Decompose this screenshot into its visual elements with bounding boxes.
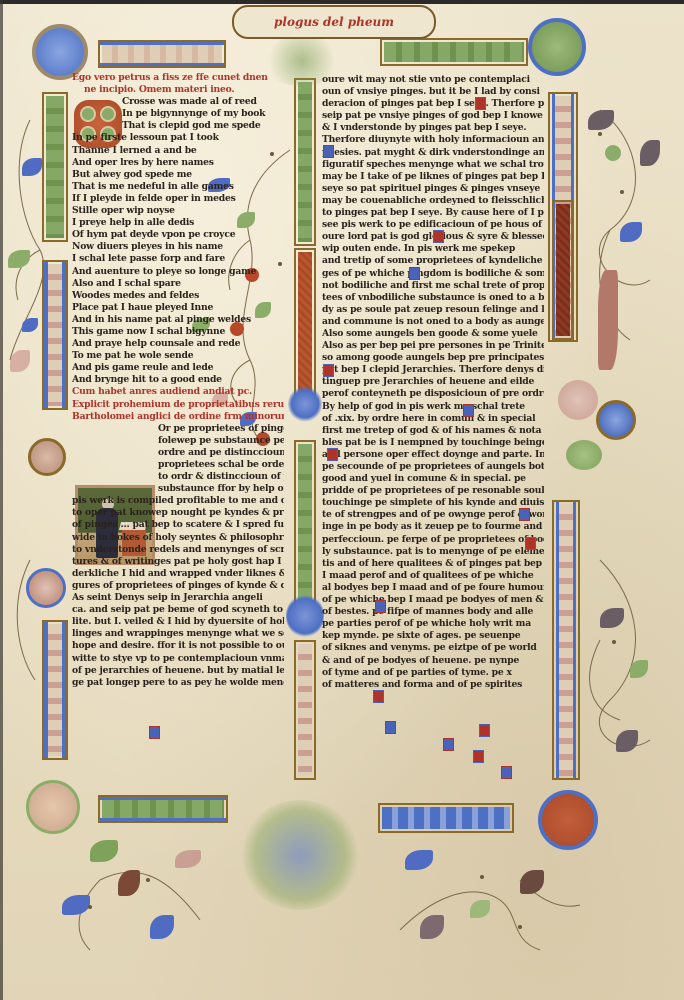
- paragraph-mark-icon: [323, 145, 334, 158]
- prose-line: By help of god in pis werk me schal tret…: [322, 401, 544, 413]
- running-title-cartouche: plogus del pheum: [232, 5, 436, 39]
- prose-line: not bodiliche and first me schal trete o…: [322, 280, 544, 292]
- prose-line: ge pat longep pere to as pey he wolde me…: [72, 677, 284, 689]
- bottom-right-border-bar: [378, 803, 514, 833]
- rubric-line: Ego vero petrus a fiss ze ffe cunet dnen: [72, 72, 284, 84]
- rubric-line: Explicit prohemium de proprietatibus rer…: [72, 399, 284, 411]
- center-border-bar-lower-rose: [294, 640, 316, 780]
- verse-line: That is me nedeful in alle games: [72, 181, 284, 193]
- prose-line: derkliche I hid and wrapped vnder liknes…: [72, 568, 284, 580]
- rubric-line: Bartholomei anglici de ordine frm minoru…: [72, 411, 284, 423]
- running-title: plogus del pheum: [274, 15, 394, 29]
- prose-line: lite. but I. veiled & I hid by dyuersite…: [72, 616, 284, 628]
- prose-line: linges and wrappinges menynge what we sc…: [72, 628, 284, 640]
- verse-line: And oper lres by here names: [72, 157, 284, 169]
- verse-line: Thanne I lerned a and be: [72, 145, 284, 157]
- paragraph-mark-icon: [433, 230, 444, 243]
- paragraph-mark-icon: [525, 537, 536, 550]
- center-border-bar-lower-green: [294, 440, 316, 610]
- verse-line: In pe firste lessoun pat I took: [72, 132, 284, 144]
- right-middle-foliage: [558, 380, 598, 420]
- left-lower-roundel: [26, 568, 66, 608]
- prose-line: of tyme and of pe parties of tyme. pe x: [322, 667, 544, 679]
- spray-dot: [270, 152, 274, 156]
- rubric-line: Cum habet anres audiend andiat pc.: [72, 386, 284, 398]
- prose-line: of bestes. pe fifpe of mannes body and a…: [322, 606, 544, 618]
- left-border-bar-lower: [42, 620, 68, 760]
- spray-dot: [518, 925, 522, 929]
- prose-line: substaunce ffor by help of god: [72, 483, 284, 495]
- verse-line: I schal lete passe forp and fare: [72, 253, 284, 265]
- prose-line: figuratif speches menynge what we schal …: [322, 159, 544, 171]
- verse-line: In pe bigynnynge of my book: [72, 108, 284, 120]
- verse-line: Now diuers pleyes in his name: [72, 241, 284, 253]
- prose-line: of .xix. by ordre here in comun & in spe…: [322, 413, 544, 425]
- prose-line: Also as per bep pei pre persones in pe T…: [322, 340, 544, 352]
- prose-line: I maad perof and of qualitees of pe whic…: [322, 570, 544, 582]
- prose-line: As seint Denys seip in Jerarchia angeli: [72, 592, 284, 604]
- prose-line: so among goode aungels bep pre principat…: [322, 352, 544, 364]
- prose-line: good and yuel in comune & in special. pe: [322, 473, 544, 485]
- prose-line: oun of vnsiye pinges. but it be I lad by…: [322, 86, 544, 98]
- prose-line: tures & of writinges pat pe holy gost ha…: [72, 556, 284, 568]
- prose-line: Also some aungels ben goode & some yuele: [322, 328, 544, 340]
- center-upper-knot: [288, 386, 322, 422]
- prose-line: to pinges pat bep I seye. By cause here …: [322, 207, 544, 219]
- prose-line: seip pat pe vnsiye pinges of god bep I k…: [322, 110, 544, 122]
- prose-line: & and of pe bodyes of heuene. pe nynpe: [322, 655, 544, 667]
- prose-line: te of strengpes and of pe owynge perof &…: [322, 509, 544, 521]
- verse-line: I preye help in alle dedis: [72, 217, 284, 229]
- prose-line: bles pat be is I nempned by touchinge be…: [322, 437, 544, 449]
- verse-line: And praye help counsale and rede: [72, 338, 284, 350]
- verse-line: That is clepid god me spede: [72, 120, 284, 132]
- prose-line: pridde of pe proprietees of pe resonable…: [322, 485, 544, 497]
- right-text-column: oure wit may not stie vnto pe contemplac…: [322, 74, 544, 691]
- prose-line: wip outen ende. In pis werk me spekep: [322, 243, 544, 255]
- prose-line: of siknes and venyms. pe eiztpe of pe wo…: [322, 642, 544, 654]
- prose-line: and commune is not oned to a body as aun…: [322, 316, 544, 328]
- paragraph-mark-icon: [385, 721, 396, 734]
- spray-dot: [88, 905, 92, 909]
- top-right-roundel-green: [528, 18, 586, 76]
- prose-line: folewep pe substaunce pe: [72, 435, 284, 447]
- verse-line: This game now I schal bigynne: [72, 326, 284, 338]
- right-middle-foliage-green: [566, 440, 602, 470]
- top-right-border-bar: [380, 38, 528, 66]
- paragraph-mark-icon: [501, 766, 512, 779]
- prose-line: of pe whiche bep I maad pe bodyes of men…: [322, 594, 544, 606]
- prose-line: tis and of here qualitees & of pinges pa…: [322, 558, 544, 570]
- center-mid-knot: [286, 594, 324, 638]
- prose-line: tees of vnbodiliche substaunce is oned t…: [322, 292, 544, 304]
- prose-line: Therfore diuynyte with holy informacioun…: [322, 134, 544, 146]
- right-border-bar-red: [552, 200, 574, 340]
- paragraph-mark-icon: [375, 600, 386, 613]
- prose-line: Or pe proprietees of pinges: [72, 423, 284, 435]
- paragraph-mark-icon: [409, 267, 420, 280]
- prose-line: inge in pe body as it zeuep pe to fourme…: [322, 521, 544, 533]
- verse-line: But alwey god spede me: [72, 169, 284, 181]
- left-border-bar-rose: [42, 260, 68, 410]
- paragraph-mark-icon: [475, 97, 486, 110]
- verse-line: Woodes medes and feldes: [72, 290, 284, 302]
- prose-line: deracion of pinges pat bep I seye. Therf…: [322, 98, 544, 110]
- paragraph-mark-icon: [373, 690, 384, 703]
- right-border-bar-lower: [552, 500, 580, 780]
- prose-line: pe parties perof of pe whiche holy writ …: [322, 618, 544, 630]
- verse-line: And auenture to pleye so longe game: [72, 266, 284, 278]
- spray-dot: [146, 878, 150, 882]
- verse-line: And in his name pat al pinge weldes: [72, 314, 284, 326]
- prose-line: to oper pat knowep nought pe kyndes & pr…: [72, 507, 284, 519]
- prose-line: al bodyes bep I maad and of pe foure hum…: [322, 582, 544, 594]
- prose-line: to vnderstonde redels and menynges of sc…: [72, 544, 284, 556]
- prose-line: may be I take of pe liknes of pinges pat…: [322, 171, 544, 183]
- left-text-column: Ego vero petrus a fiss ze ffe cunet dnen…: [72, 72, 284, 689]
- center-bottom-knot: [240, 800, 360, 910]
- prose-line: perfeccioun. pe ferpe of pe proprietees …: [322, 534, 544, 546]
- verse-line: Place pat I haue pleyed Inne: [72, 302, 284, 314]
- verse-line: If I pleyde in felde oper in medes: [72, 193, 284, 205]
- verse-line: Stille oper wip noyse: [72, 205, 284, 217]
- bottom-left-border-bar: [98, 795, 228, 823]
- prose-line: wide in bokes of holy seyntes & philosop…: [72, 532, 284, 544]
- paragraph-mark-icon: [473, 750, 484, 763]
- prose-line: hope and desire. ffor it is not possible…: [72, 640, 284, 652]
- prose-line: seye so pat spirituel pinges & pinges vn…: [322, 183, 544, 195]
- manuscript-page: plogus del pheum Ego vero petrus a fiss …: [0, 0, 684, 1000]
- prose-line: of pe jerarchies of heuene. but by matia…: [72, 665, 284, 677]
- bottom-left-roundel-rose: [26, 780, 80, 834]
- center-border-bar-red: [294, 248, 316, 396]
- prose-line: pe secounde of pe proprietees of aungels…: [322, 461, 544, 473]
- paragraph-mark-icon: [519, 508, 530, 521]
- spray-dot: [598, 132, 602, 136]
- prose-line: first me tretep of god & of his names & …: [322, 425, 544, 437]
- paragraph-mark-icon: [149, 726, 160, 739]
- spray-dot: [620, 190, 624, 194]
- spray-dot: [480, 875, 484, 879]
- paragraph-mark-icon: [327, 448, 338, 461]
- prose-line: & I vnderstonde by pinges pat bep I seye…: [322, 122, 544, 134]
- prose-line: pis werk is compiled profitable to me an…: [72, 495, 284, 507]
- prose-line: pat bep I clepid Jerarchies. Therfore de…: [322, 364, 544, 376]
- verse-line: Crosse was made al of reed: [72, 96, 284, 108]
- prose-line: proprietees schal be ordeyned: [72, 459, 284, 471]
- prose-line: ges of pe whiche pingdom is bodiliche & …: [322, 268, 544, 280]
- prose-line: oure wit may not stie vnto pe contemplac…: [322, 74, 544, 86]
- paragraph-mark-icon: [443, 738, 454, 751]
- prose-line: witte to stye vp to pe contemplacioun vn…: [72, 653, 284, 665]
- verse-line: And brynge hit to a good ende: [72, 374, 284, 386]
- prose-line: to ordr & distinccioun of pe: [72, 471, 284, 483]
- prose-line: kep mynde. pe sixte of ages. pe seuenpe: [322, 630, 544, 642]
- prose-line: tinguep pre Jerarchies of heuene and eil…: [322, 376, 544, 388]
- bottom-right-roundel-red: [538, 790, 598, 850]
- verse-line: Of hym pat deyde vpon pe croyce: [72, 229, 284, 241]
- paragraph-mark-icon: [479, 724, 490, 737]
- prose-line: and persone oper effect doynge and parte…: [322, 449, 544, 461]
- prose-line: of pinges ... pat bep to scatere & I spr…: [72, 519, 284, 531]
- prose-line: of matteres and forma and of pe spirites: [322, 679, 544, 691]
- rubric-line: ne incipio. Omem materi ineo.: [72, 84, 284, 96]
- spray-leaf-red: [598, 270, 618, 370]
- spray-leaf-green: [605, 145, 621, 161]
- spray-dot: [612, 640, 616, 644]
- prose-line: and tretip of some proprietees of kyndel…: [322, 255, 544, 267]
- prose-line: ca. and seip pat pe beme of god scyneth …: [72, 604, 284, 616]
- prose-line: ordre and pe distinccioun of: [72, 447, 284, 459]
- prose-line: gures of proprietees of pinges of kynde …: [72, 580, 284, 592]
- verse-line: And pis game reule and lede: [72, 362, 284, 374]
- center-border-bar-green: [294, 78, 316, 246]
- verse-line: Also and I schal spare: [72, 278, 284, 290]
- top-left-border-bar: [98, 40, 226, 68]
- prose-line: dy as pe soule pat zeuep resoun felinge …: [322, 304, 544, 316]
- prose-line: poesies. pat myght & dirk vnderstondinge…: [322, 147, 544, 159]
- paragraph-mark-icon: [323, 364, 334, 377]
- prose-line: perof conteyneth pe disposicioun of pre …: [322, 388, 544, 400]
- right-middle-roundel-blue: [596, 400, 636, 440]
- prose-line: may be couenabliche ordeyned to fleissch…: [322, 195, 544, 207]
- prose-line: ly substaunce. pat is to menynge of pe e…: [322, 546, 544, 558]
- left-border-bar-green: [42, 92, 68, 242]
- spray-dot: [278, 262, 282, 266]
- verse-line: To me pat he wole sende: [72, 350, 284, 362]
- paragraph-mark-icon: [463, 404, 474, 417]
- left-middle-roundel: [28, 438, 66, 476]
- prose-line: touchinge pe simplete of his kynde and d…: [322, 497, 544, 509]
